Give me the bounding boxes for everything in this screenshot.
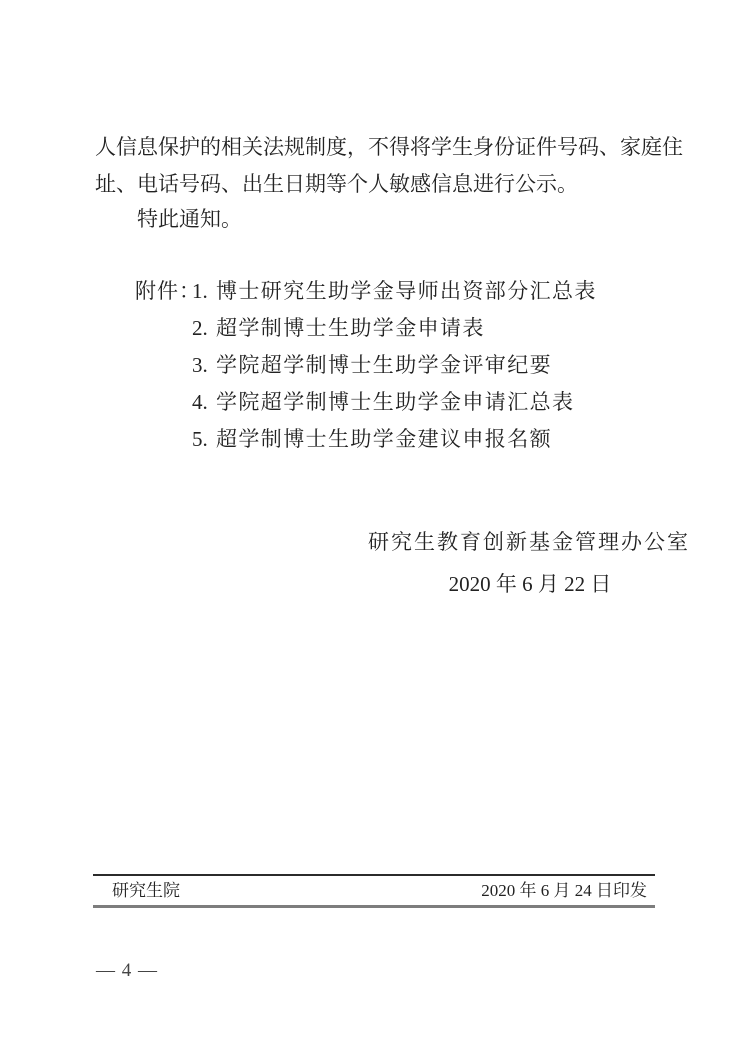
- attachment-title: 超学制博士生助学金建议申报名额: [216, 427, 552, 451]
- attachment-number: 2.: [192, 318, 216, 339]
- footer-print-date: 2020 年 6 月 24 日印发: [481, 882, 647, 899]
- body-paragraph-line-1: 人信息保护的相关法规制度，不得将学生身份证件号码、家庭住: [95, 137, 683, 158]
- footer-issuer: 研究生院: [112, 882, 180, 899]
- footer-rule-box: 研究生院 2020 年 6 月 24 日印发: [93, 874, 655, 908]
- attachment-item: 4.学院超学制博士生助学金申请汇总表: [192, 392, 574, 413]
- attachment-item: 5.超学制博士生助学金建议申报名额: [192, 429, 552, 450]
- attachment-title: 学院超学制博士生助学金申请汇总表: [216, 390, 574, 414]
- signature-date: 2020 年 6 月 22 日: [400, 574, 660, 595]
- attachment-number: 5.: [192, 429, 216, 450]
- document-page: 人信息保护的相关法规制度，不得将学生身份证件号码、家庭住 址、电话号码、出生日期…: [0, 0, 749, 1060]
- attachment-item: 2.超学制博士生助学金申请表: [192, 318, 485, 339]
- attachment-number: 3.: [192, 355, 216, 376]
- body-paragraph-line-2: 址、电话号码、出生日期等个人敏感信息进行公示。: [95, 174, 578, 195]
- signature-organization: 研究生教育创新基金管理办公室: [368, 532, 690, 553]
- attachment-item: 3.学院超学制博士生助学金评审纪要: [192, 355, 552, 376]
- closing-line: 特此通知。: [137, 209, 242, 230]
- attachment-title: 学院超学制博士生助学金评审纪要: [216, 353, 552, 377]
- attachment-title: 超学制博士生助学金申请表: [216, 316, 485, 340]
- page-number: — 4 —: [96, 961, 158, 980]
- attachment-number: 1.: [192, 281, 216, 302]
- attachment-item: 1.博士研究生助学金导师出资部分汇总表: [192, 281, 597, 302]
- attachment-number: 4.: [192, 392, 216, 413]
- attachment-title: 博士研究生助学金导师出资部分汇总表: [216, 279, 597, 303]
